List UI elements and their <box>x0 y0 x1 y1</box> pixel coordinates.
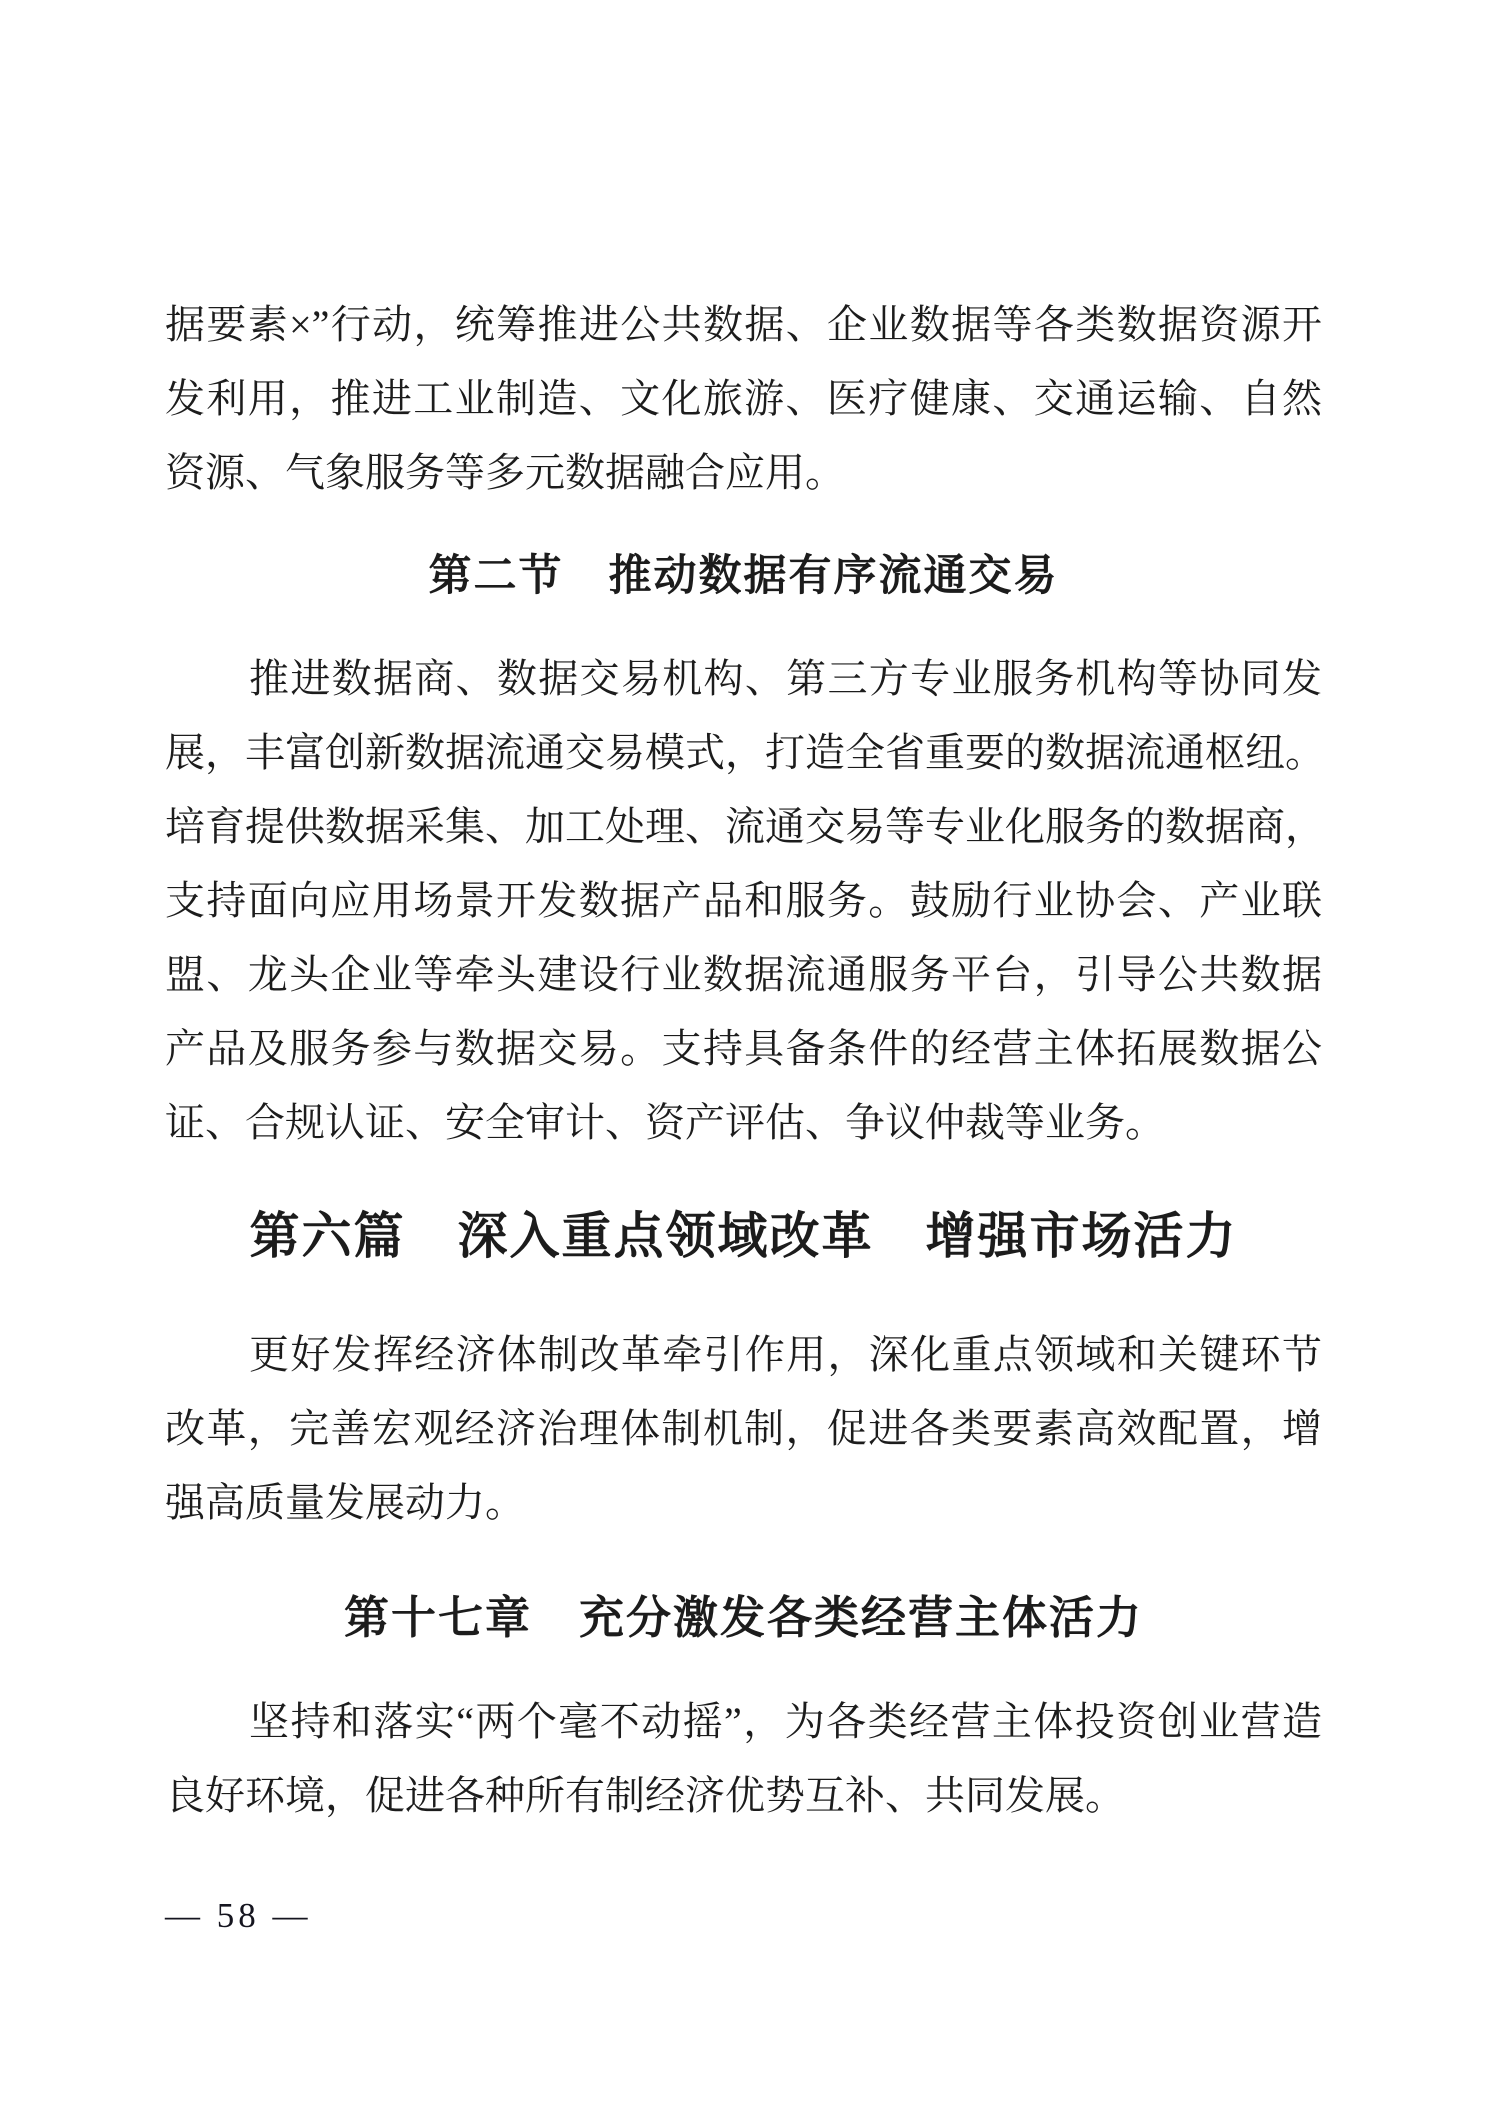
body-line: 坚持和落实“两个毫不动摇”，为各类经营主体投资创业营造 <box>165 1685 1322 1759</box>
body-line: 资源、气象服务等多元数据融合应用。 <box>165 436 1322 510</box>
chapter-heading-business-vitality: 第十七章 充分激发各类经营主体活力 <box>165 1580 1322 1656</box>
page-number: — 58 — <box>165 1893 312 1939</box>
body-line: 盟、龙头企业等牵头建设行业数据流通服务平台，引导公共数据 <box>165 938 1322 1012</box>
part-heading-reform: 第六篇 深入重点领域改革 增强市场活力 <box>165 1194 1322 1278</box>
paragraph-reform-intro: 更好发挥经济体制改革牵引作用，深化重点领域和关键环节 改革，完善宏观经济治理体制… <box>165 1318 1322 1540</box>
body-line: 据要素×”行动，统筹推进公共数据、企业数据等各类数据资源开 <box>165 288 1322 362</box>
document-body: 据要素×”行动，统筹推进公共数据、企业数据等各类数据资源开 发利用，推进工业制造… <box>165 288 1322 1833</box>
body-line: 产品及服务参与数据交易。支持具备条件的经营主体拓展数据公 <box>165 1012 1322 1086</box>
body-line: 培育提供数据采集、加工处理、流通交易等专业化服务的数据商， <box>165 790 1322 864</box>
document-page: 据要素×”行动，统筹推进公共数据、企业数据等各类数据资源开 发利用，推进工业制造… <box>0 0 1486 2103</box>
body-line: 推进数据商、数据交易机构、第三方专业服务机构等协同发 <box>165 642 1322 716</box>
paragraph-business-vitality: 坚持和落实“两个毫不动摇”，为各类经营主体投资创业营造 良好环境，促进各种所有制… <box>165 1685 1322 1833</box>
body-line: 支持面向应用场景开发数据产品和服务。鼓励行业协会、产业联 <box>165 864 1322 938</box>
paragraph-data-resources: 据要素×”行动，统筹推进公共数据、企业数据等各类数据资源开 发利用，推进工业制造… <box>165 288 1322 510</box>
body-line: 强高质量发展动力。 <box>165 1466 1322 1540</box>
body-line: 改革，完善宏观经济治理体制机制，促进各类要素高效配置，增 <box>165 1392 1322 1466</box>
paragraph-data-trade: 推进数据商、数据交易机构、第三方专业服务机构等协同发 展，丰富创新数据流通交易模… <box>165 642 1322 1160</box>
body-line: 良好环境，促进各种所有制经济优势互补、共同发展。 <box>165 1759 1322 1833</box>
body-line: 证、合规认证、安全审计、资产评估、争议仲裁等业务。 <box>165 1086 1322 1160</box>
body-line: 展，丰富创新数据流通交易模式，打造全省重要的数据流通枢纽。 <box>165 716 1322 790</box>
body-line: 发利用，推进工业制造、文化旅游、医疗健康、交通运输、自然 <box>165 362 1322 436</box>
body-line: 更好发挥经济体制改革牵引作用，深化重点领域和关键环节 <box>165 1318 1322 1392</box>
section-heading-data-trade: 第二节 推动数据有序流通交易 <box>165 540 1322 614</box>
